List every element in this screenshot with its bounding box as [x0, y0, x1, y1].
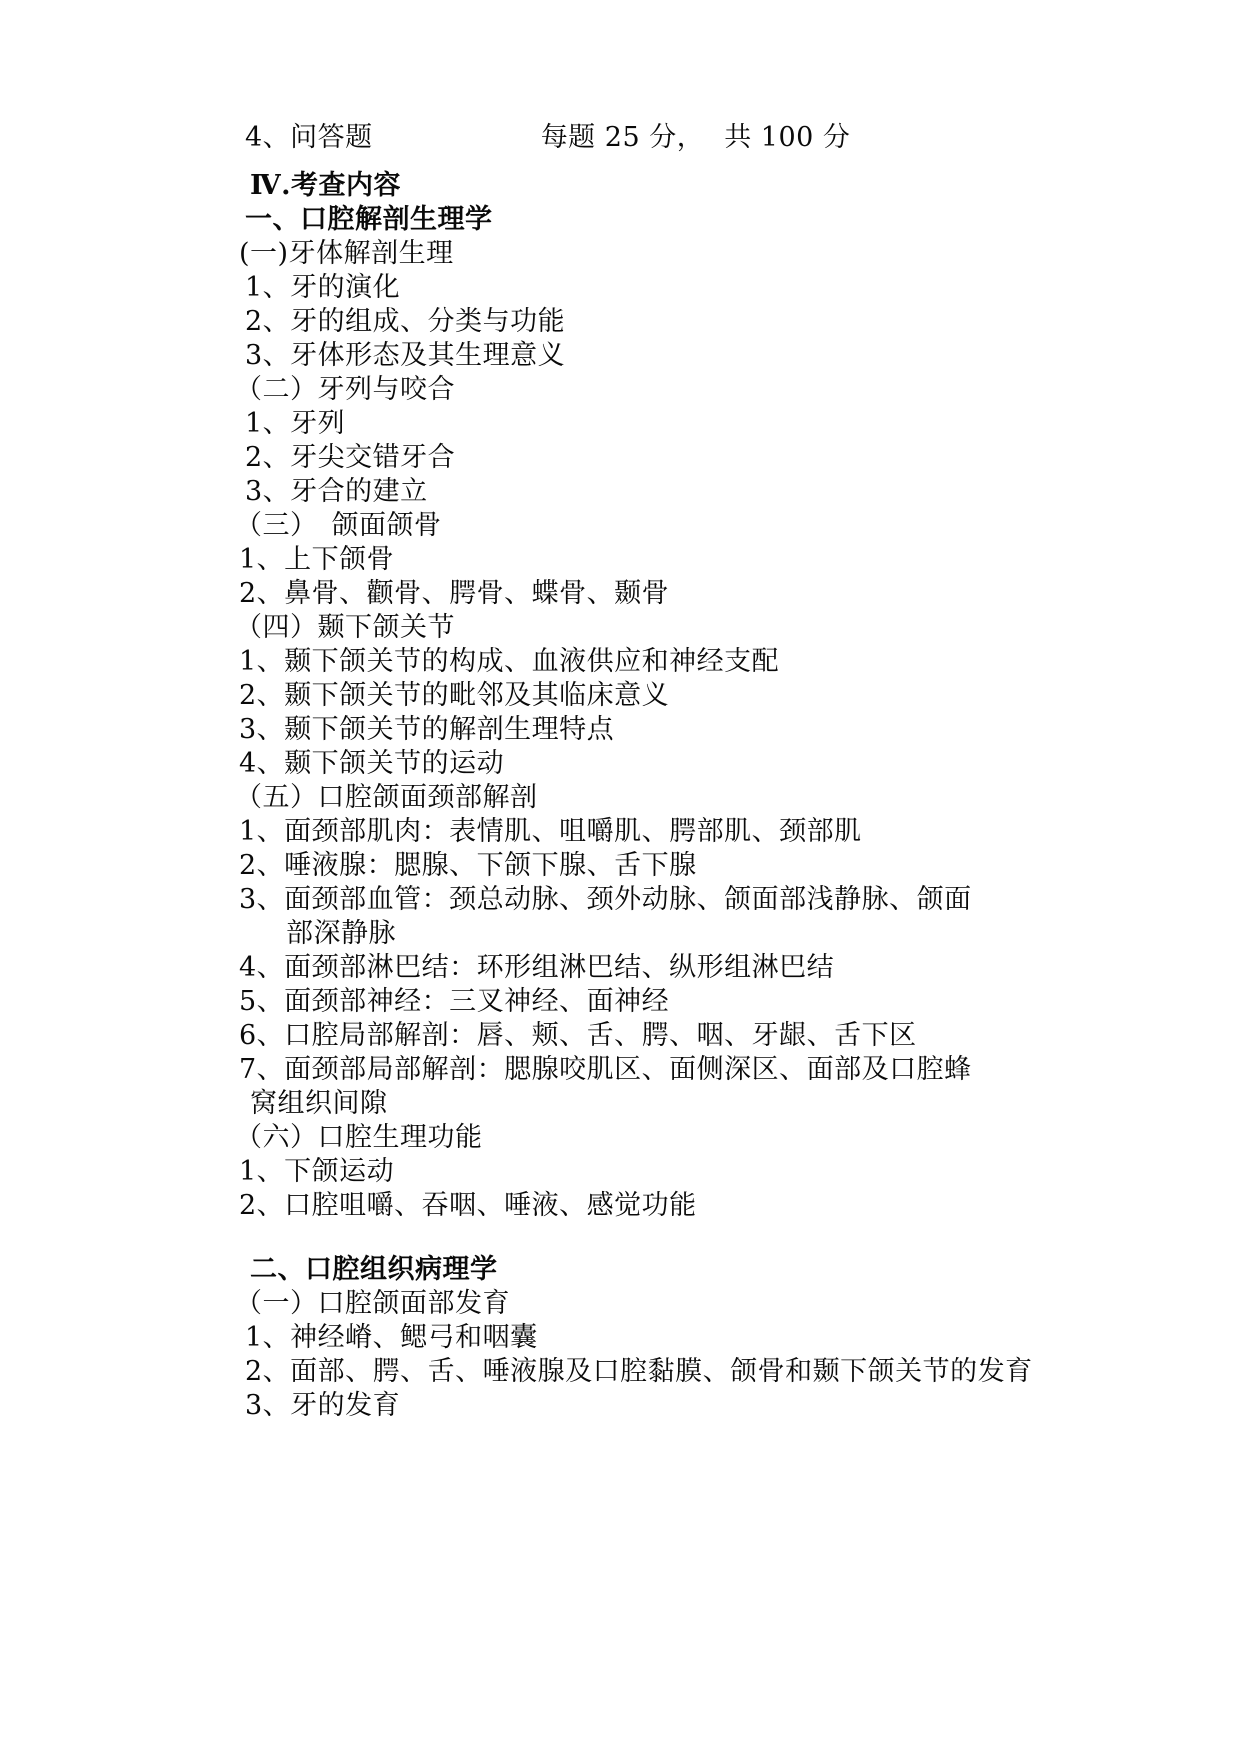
text-line: 3、颞下颌关节的解剖生理特点 — [239, 713, 1200, 747]
line-part: 每题 25 分， — [541, 122, 705, 153]
text-line: 6、口腔局部解剖：唇、颊、舌、腭、咽、牙龈、舌下区 — [239, 1019, 1200, 1053]
text-line: 1、面颈部肌肉：表情肌、咀嚼肌、腭部肌、颈部肌 — [239, 815, 1200, 849]
text-line: 4、颞下颌关节的运动 — [239, 747, 1200, 781]
text-line: （六）口腔生理功能 — [235, 1121, 1200, 1155]
section-heading: 一、口腔解剖生理学 — [245, 203, 1200, 237]
text-line: 窝组织间隙 — [250, 1087, 1200, 1121]
document-body: 4、问答题每题 25 分，共 100 分Ⅳ.考查内容一、口腔解剖生理学(一)牙体… — [235, 121, 1200, 1423]
line-part: 共 100 分 — [724, 122, 850, 153]
text-line: （三） 颌面颌骨 — [235, 509, 1200, 543]
text-line: 2、颞下颌关节的毗邻及其临床意义 — [239, 679, 1200, 713]
text-line: 1、下颌运动 — [239, 1155, 1200, 1189]
text-line: 7、面颈部局部解剖：腮腺咬肌区、面侧深区、面部及口腔蜂 — [239, 1053, 1200, 1087]
text-line: 1、神经嵴、鳃弓和咽囊 — [245, 1321, 1200, 1355]
text-line: 3、面颈部血管：颈总动脉、颈外动脉、颌面部浅静脉、颌面 — [239, 883, 1200, 917]
text-line: 5、面颈部神经：三叉神经、面神经 — [239, 985, 1200, 1019]
text-line: （四）颞下颌关节 — [235, 611, 1200, 645]
text-line: 1、牙列 — [245, 407, 1200, 441]
text-line: 2、面部、腭、舌、唾液腺及口腔黏膜、颌骨和颞下颌关节的发育 — [245, 1355, 1200, 1389]
text-line: 2、牙尖交错牙合 — [245, 441, 1200, 475]
line-part: 4、问答题 — [245, 122, 373, 153]
text-line: 2、牙的组成、分类与功能 — [245, 305, 1200, 339]
document-page: 4、问答题每题 25 分，共 100 分Ⅳ.考查内容一、口腔解剖生理学(一)牙体… — [0, 0, 1240, 1754]
text-line: 4、问答题每题 25 分，共 100 分 — [245, 121, 1200, 155]
text-line: 2、鼻骨、颧骨、腭骨、蝶骨、颞骨 — [239, 577, 1200, 611]
text-line: 部深静脉 — [286, 917, 1200, 951]
text-line: (一)牙体解剖生理 — [239, 237, 1200, 271]
text-line: 1、牙的演化 — [245, 271, 1200, 305]
text-line: 2、唾液腺：腮腺、下颌下腺、舌下腺 — [239, 849, 1200, 883]
text-line: 3、牙合的建立 — [245, 475, 1200, 509]
text-line: 2、口腔咀嚼、吞咽、唾液、感觉功能 — [239, 1189, 1200, 1223]
text-line: （五）口腔颌面颈部解剖 — [235, 781, 1200, 815]
text-line: 3、牙的发育 — [245, 1389, 1200, 1423]
section-heading: Ⅳ.考查内容 — [250, 169, 1200, 203]
text-line: （一）口腔颌面部发育 — [235, 1287, 1200, 1321]
text-line: 4、面颈部淋巴结：环形组淋巴结、纵形组淋巴结 — [239, 951, 1200, 985]
text-line: 3、牙体形态及其生理意义 — [245, 339, 1200, 373]
section-heading: 二、口腔组织病理学 — [250, 1253, 1200, 1287]
text-line: 1、颞下颌关节的构成、血液供应和神经支配 — [239, 645, 1200, 679]
text-line: 1、上下颌骨 — [239, 543, 1200, 577]
text-line: （二）牙列与咬合 — [235, 373, 1200, 407]
